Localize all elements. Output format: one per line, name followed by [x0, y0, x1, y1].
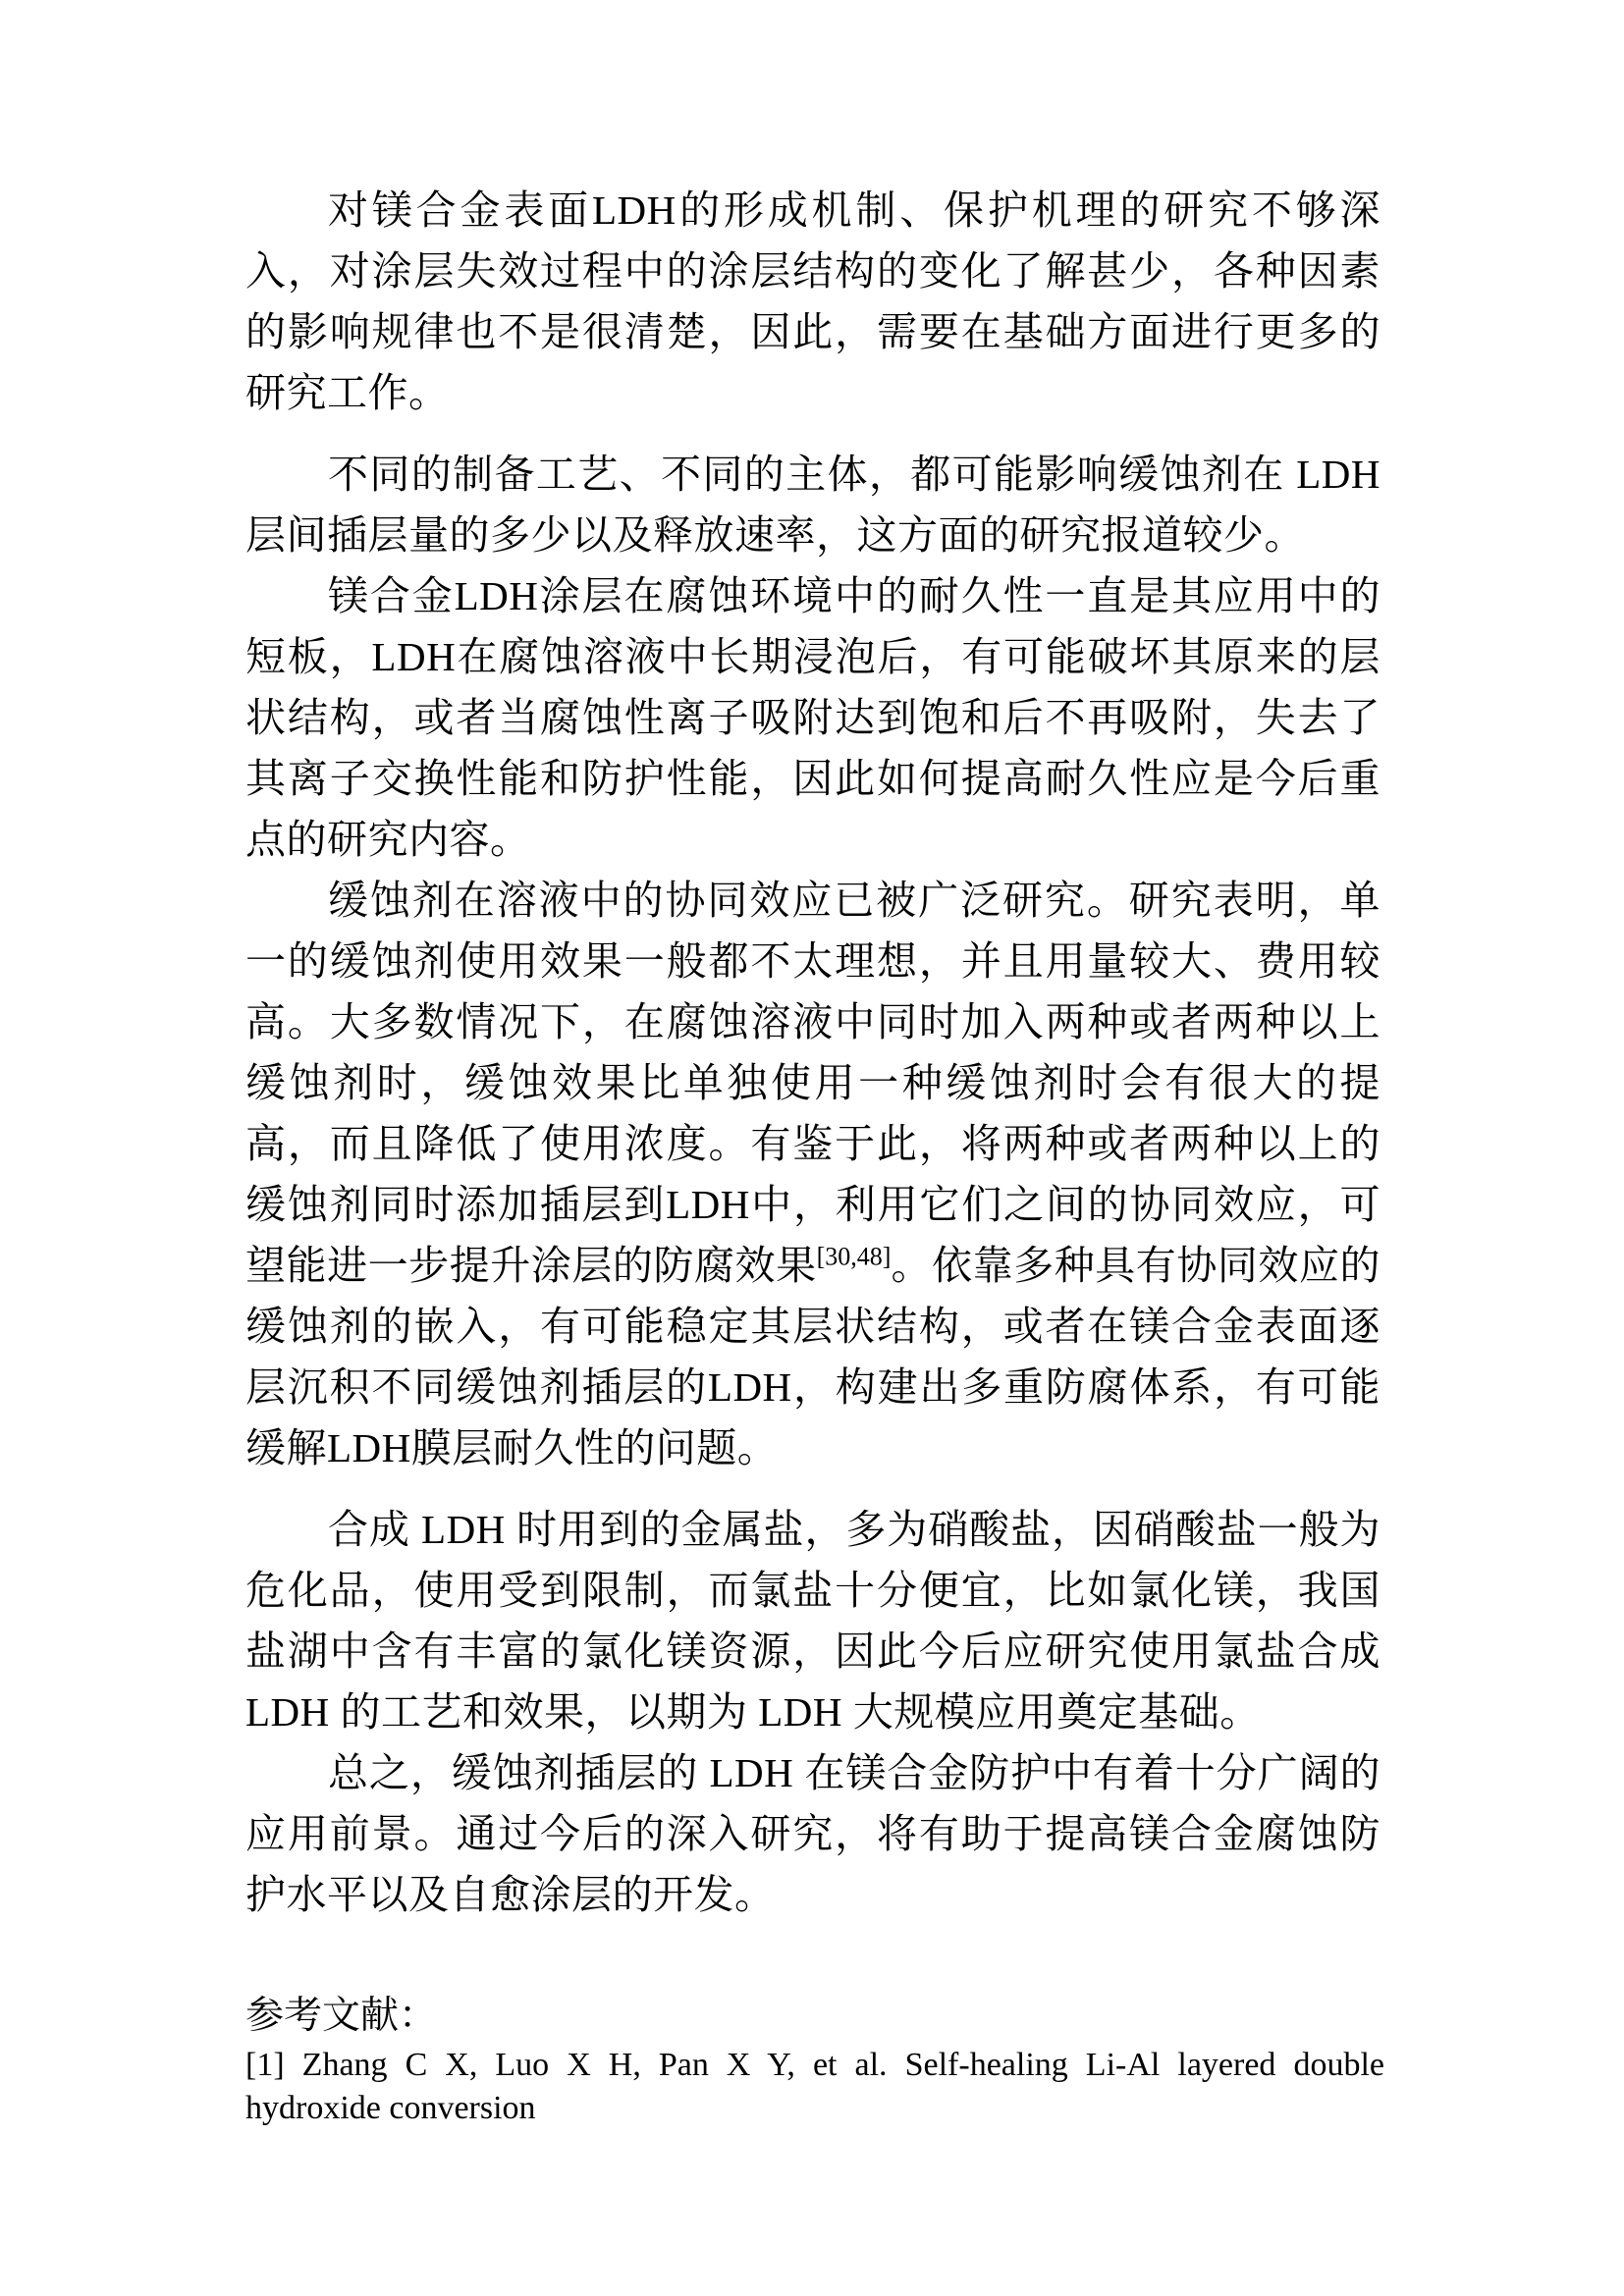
- reference-item-1: [1] Zhang C X, Luo X H, Pan X Y, et al. …: [245, 2044, 1384, 2130]
- paragraph-3-text: 镁合金LDH涂层在腐蚀环境中的耐久性一直是其应用中的短板，LDH在腐蚀溶液中长期…: [245, 573, 1380, 862]
- body-text-block: 对镁合金表面LDH的形成机制、保护机理的研究不够深入，对涂层失效过程中的涂层结构…: [245, 180, 1380, 1925]
- paragraph-2-text: 不同的制备工艺、不同的主体，都可能影响缓蚀剂在 LDH 层间插层量的多少以及释放…: [245, 452, 1380, 558]
- citation-superscript: [30,48]: [817, 1242, 892, 1270]
- paragraph-3: 镁合金LDH涂层在腐蚀环境中的耐久性一直是其应用中的短板，LDH在腐蚀溶液中长期…: [245, 565, 1380, 870]
- paragraph-1-text: 对镁合金表面LDH的形成机制、保护机理的研究不够深入，对涂层失效过程中的涂层结构…: [245, 187, 1380, 415]
- paragraph-6: 总之，缓蚀剂插层的 LDH 在镁合金防护中有着十分广阔的应用前景。通过今后的深入…: [245, 1742, 1380, 1925]
- paragraph-6-text: 总之，缓蚀剂插层的 LDH 在镁合金防护中有着十分广阔的应用前景。通过今后的深入…: [245, 1750, 1380, 1917]
- paragraph-5: 合成 LDH 时用到的金属盐，多为硝酸盐，因硝酸盐一般为危化品，使用受到限制，而…: [245, 1499, 1380, 1742]
- paragraph-1: 对镁合金表面LDH的形成机制、保护机理的研究不够深入，对涂层失效过程中的涂层结构…: [245, 180, 1380, 423]
- references-heading: 参考文献：: [245, 1993, 1384, 2040]
- paragraph-5-text: 合成 LDH 时用到的金属盐，多为硝酸盐，因硝酸盐一般为危化品，使用受到限制，而…: [245, 1507, 1380, 1735]
- document-page: 对镁合金表面LDH的形成机制、保护机理的研究不够深入，对涂层失效过程中的涂层结构…: [0, 0, 1624, 2296]
- references-section: 参考文献： [1] Zhang C X, Luo X H, Pan X Y, e…: [245, 1993, 1384, 2130]
- paragraph-2: 不同的制备工艺、不同的主体，都可能影响缓蚀剂在 LDH 层间插层量的多少以及释放…: [245, 444, 1380, 565]
- paragraph-4: 缓蚀剂在溶液中的协同效应已被广泛研究。研究表明，单一的缓蚀剂使用效果一般都不太理…: [245, 870, 1380, 1478]
- paragraph-4-text-before-citation: 缓蚀剂在溶液中的协同效应已被广泛研究。研究表明，单一的缓蚀剂使用效果一般都不太理…: [245, 878, 1380, 1288]
